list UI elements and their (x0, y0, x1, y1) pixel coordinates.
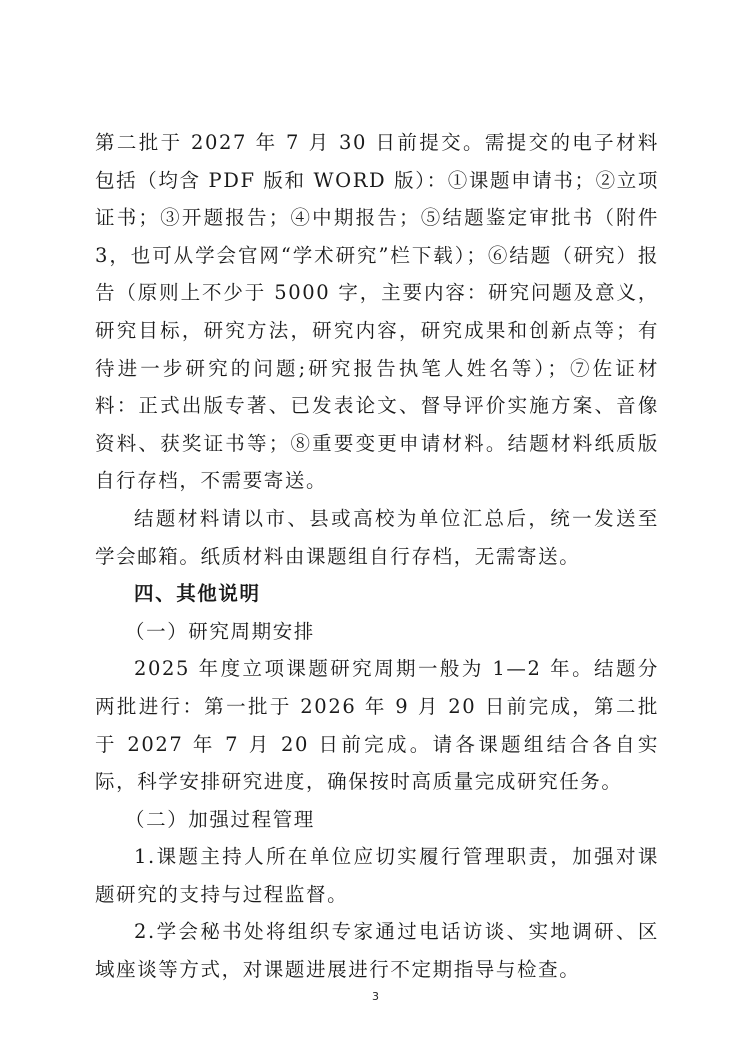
paragraph-research-period: 2025 年度立项课题研究周期一般为 1—2 年。结题分两批进行：第一批于 20… (95, 650, 659, 800)
document-page: 第二批于 2027 年 7 月 30 日前提交。需提交的电子材料包括（均含 PD… (95, 124, 659, 989)
subheading-process-management: （二）加强过程管理 (95, 801, 659, 839)
page-number: 3 (0, 990, 751, 1003)
paragraph-submission-method: 结题材料请以市、县或高校为单位汇总后，统一发送至学会邮箱。纸质材料由课题组自行存… (95, 500, 659, 575)
paragraph-submission-materials: 第二批于 2027 年 7 月 30 日前提交。需提交的电子材料包括（均含 PD… (95, 124, 659, 500)
section-heading-other-notes: 四、其他说明 (95, 575, 659, 613)
paragraph-management-item-1: 1.课题主持人所在单位应切实履行管理职责，加强对课题研究的支持与过程监督。 (95, 838, 659, 913)
subheading-research-period: （一）研究周期安排 (95, 613, 659, 651)
paragraph-management-item-2: 2.学会秘书处将组织专家通过电话访谈、实地调研、区域座谈等方式，对课题进展进行不… (95, 913, 659, 988)
